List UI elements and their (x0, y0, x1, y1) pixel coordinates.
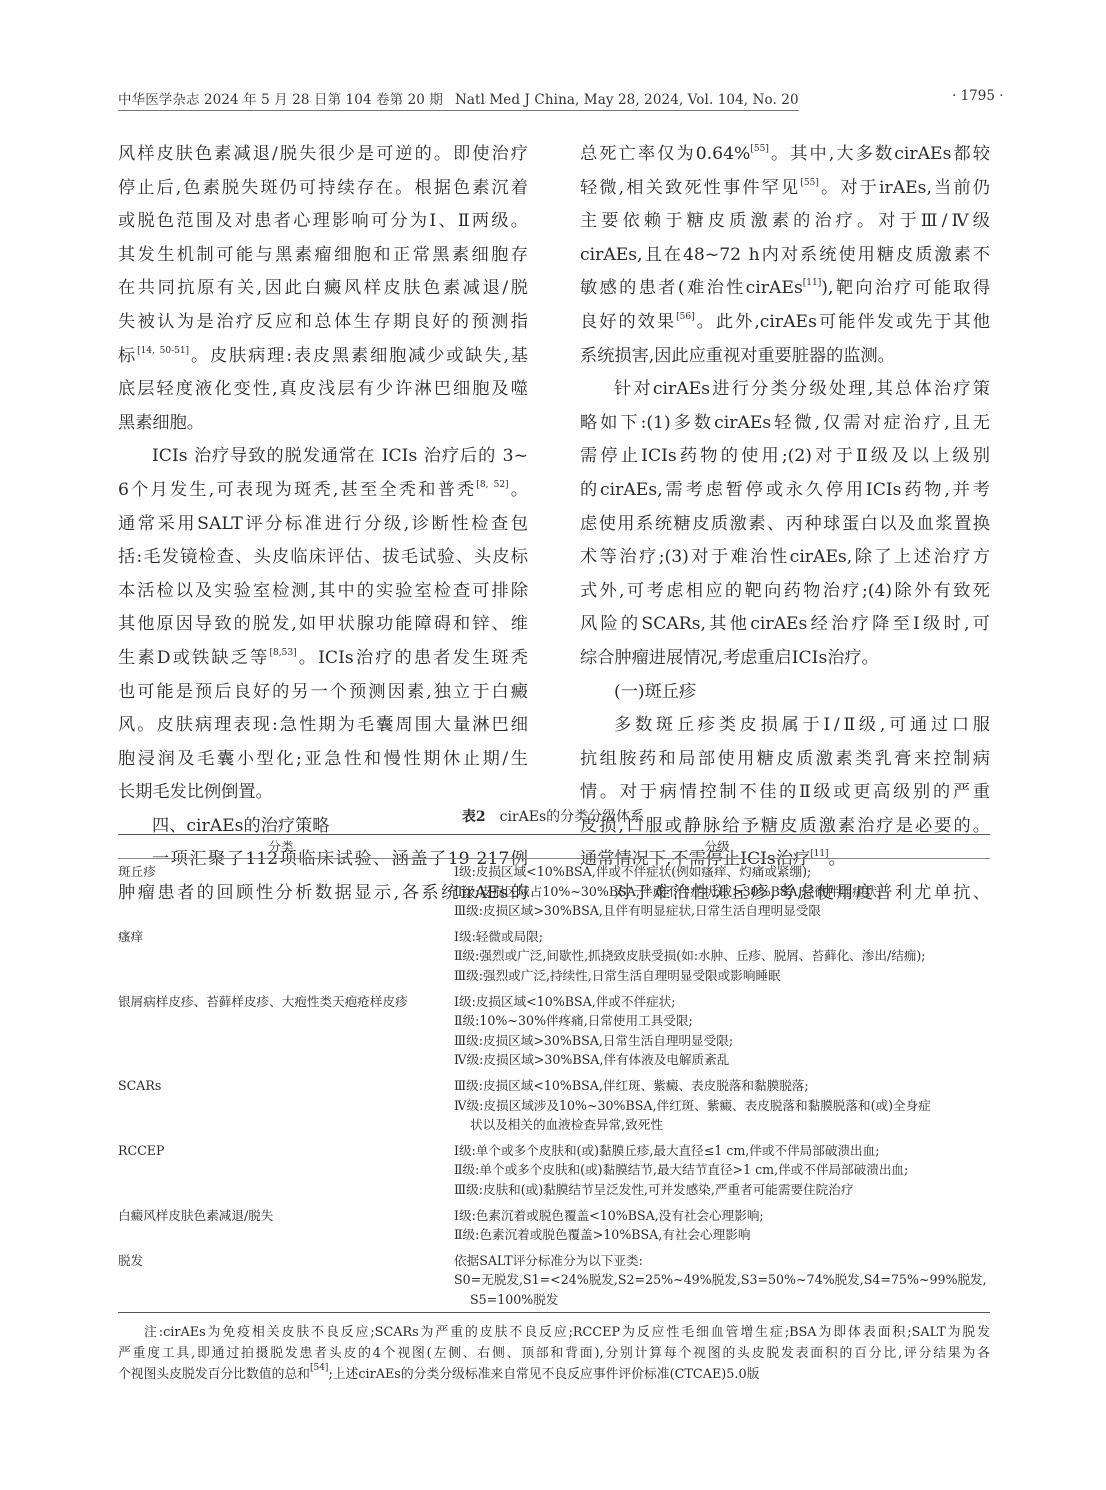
grade-cell: Ⅰ级:轻微或局限;Ⅱ级:强烈或广泛,间歇性,抓挠致皮肤受损(如:水肿、丘疹、脱屑… (454, 927, 990, 986)
grade-line: Ⅱ级:10%~30%伴疼痛,日常使用工具受限; (454, 1011, 990, 1031)
text-run: ICIs 治疗导致的脱发通常在 ICIs 治疗后的 3~ (152, 446, 528, 466)
text-line: 需停止ICIs药物的使用;(2)对于Ⅱ级及以上级别 (580, 440, 990, 474)
text-run: 略如下:(1)多数cirAEs轻微,仅需对症治疗,且无 (580, 413, 990, 433)
text-line: 括:毛发镜检查、头皮临床评估、拔毛试验、头皮标 (118, 541, 528, 575)
text-line: 虑使用系统糖皮质激素、丙种球蛋白以及血浆置换 (580, 508, 990, 542)
grade-line: Ⅲ级:皮损区域>30%BSA,日常生活自理明显受限; (454, 1031, 990, 1051)
text-run: 敏感的患者(难治性cirAEs (580, 278, 803, 298)
citation: [11] (803, 278, 821, 288)
text-line: 个视图头皮脱发百分比数值的总和[54];上述cirAEs的分类分级标准来自常见不… (118, 1364, 990, 1385)
text-line: 风。皮肤病理表现:急性期为毛囊周围大量淋巴细 (118, 709, 528, 743)
text-line: 略如下:(1)多数cirAEs轻微,仅需对症治疗,且无 (580, 407, 990, 441)
grade-line: Ⅰ级:轻微或局限; (454, 927, 990, 947)
text-line: (一)斑丘疹 (580, 676, 990, 710)
text-line: 总死亡率仅为0.64%[55]。其中,大多数cirAEs都较 (580, 138, 990, 172)
text-run: 严重度工具,即通过拍摄脱发患者头皮的4个视图(左侧、右侧、顶部和背面),分别计算… (118, 1346, 990, 1361)
text-line: 的cirAEs,需考虑暂停或永久停用ICIs药物,并考 (580, 474, 990, 508)
text-run: 黑素细胞。 (118, 413, 204, 433)
text-line: 标[14, 50-51]。皮肤病理:表皮黑素细胞减少或缺失,基 (118, 340, 528, 374)
text-run: 系统损害,因此应重视对重要脏器的监测。 (580, 346, 895, 366)
grade-cell: Ⅲ级:皮损区域<10%BSA,伴红斑、紫癜、表皮脱落和黏膜脱落;Ⅳ级:皮损区域涉… (454, 1076, 990, 1135)
table-row: 银屑病样皮疹、苔藓样皮疹、大疱性类天疱疮样皮疹Ⅰ级:皮损区域<10%BSA,伴或… (118, 989, 990, 1073)
table-row: SCARsⅢ级:皮损区域<10%BSA,伴红斑、紫癜、表皮脱落和黏膜脱落;Ⅳ级:… (118, 1073, 990, 1138)
text-line: 良好的效果[56]。此外,cirAEs可能伴发或先于其他 (580, 306, 990, 340)
text-run: 注:cirAEs为免疫相关皮肤不良反应;SCARs为严重的皮肤不良反应;RCCE… (144, 1325, 990, 1340)
text-line: cirAEs,且在48~72 h内对系统使用糖皮质激素不 (580, 239, 990, 273)
grade-line: Ⅰ级:单个或多个皮肤和(或)黏膜丘疹,最大直径≤1 cm,伴或不伴局部破溃出血; (454, 1141, 990, 1161)
text-run: 长期毛发比例倒置。 (118, 782, 273, 802)
text-run: 综合肿瘤进展情况,考虑重启ICIs治疗。 (580, 648, 879, 668)
citation: [8, 52] (476, 480, 508, 490)
column-header-grade: 分级 (444, 835, 990, 858)
text-run: 。皮肤病理:表皮黑素细胞减少或缺失,基 (189, 346, 528, 366)
text-line: 停止后,色素脱失斑仍可持续存在。根据色素沉着 (118, 172, 528, 206)
text-line: 情。对于病情控制不佳的Ⅱ级或更高级别的严重 (580, 776, 990, 810)
text-run: 通常采用SALT评分标准进行分级,诊断性检查包 (118, 514, 528, 534)
grade-line: Ⅲ级:强烈或广泛,持续性,日常生活自理明显受限或影响睡眠 (454, 966, 990, 986)
grade-cell: Ⅰ级:色素沉着或脱色覆盖<10%BSA,没有社会心理影响;Ⅱ级:色素沉着或脱色覆… (454, 1206, 990, 1245)
grade-line: Ⅱ级:强烈或广泛,间歇性,抓挠致皮肤受损(如:水肿、丘疹、脱屑、苔藓化、渗出/结… (454, 946, 990, 966)
text-run: 抗组胺药和局部使用糖皮质激素类乳膏来控制病 (580, 749, 990, 769)
grade-line: Ⅱ级:皮损区域占10%~30%BSA,伴或不伴症状,或>30%BSA,轻微伴随症… (454, 882, 990, 902)
text-run: 术等治疗;(3)对于难治性cirAEs,除了上述治疗方 (580, 547, 990, 567)
table-label: 表2 (462, 809, 486, 825)
text-run: 其发生机制可能与黑素瘤细胞和正常黑素细胞存 (118, 245, 528, 265)
table-caption: 表2cirAEs的分类分级体系 (0, 806, 1106, 826)
text-line: 失被认为是治疗反应和总体生存期良好的预测指 (118, 306, 528, 340)
text-run: 。其中,大多数cirAEs都较 (769, 144, 990, 164)
text-run: 底层轻度液化变性,真皮浅层有少许淋巴细胞及噬 (118, 379, 528, 399)
page-number: · 1795 · (952, 88, 1004, 104)
table-row: 脱发依据SALT评分标准分为以下亚类:S0=无脱发,S1=<24%脱发,S2=2… (118, 1248, 990, 1313)
text-run: 标 (118, 346, 137, 366)
grade-line: Ⅰ级:皮损区域<10%BSA,伴或不伴症状(例如瘙痒、灼痛或紧绷); (454, 862, 990, 882)
text-line: 其他原因导致的脱发,如甲状腺功能障碍和锌、维 (118, 608, 528, 642)
text-line: 针对cirAEs进行分类分级处理,其总体治疗策 (580, 373, 990, 407)
citation: [56] (676, 312, 694, 322)
text-run: cirAEs,且在48~72 h内对系统使用糖皮质激素不 (580, 245, 990, 265)
text-line: 注:cirAEs为免疫相关皮肤不良反应;SCARs为严重的皮肤不良反应;RCCE… (118, 1322, 990, 1343)
right-column: 总死亡率仅为0.64%[55]。其中,大多数cirAEs都较轻微,相关致死性事件… (580, 138, 990, 911)
citation: [8,53] (270, 648, 297, 658)
running-header: 中华医学杂志 2024 年 5 月 28 日第 104 卷第 20 期Natl … (118, 88, 799, 111)
text-line: 主要依赖于糖皮质激素的治疗。对于Ⅲ/Ⅳ级 (580, 205, 990, 239)
journal-cn-title: 中华医学杂志 2024 年 5 月 28 日第 104 卷第 20 期 (118, 92, 443, 108)
column-header-category: 分类 (118, 835, 444, 858)
text-run: 的cirAEs,需考虑暂停或永久停用ICIs药物,并考 (580, 480, 990, 500)
text-run: 失被认为是治疗反应和总体生存期良好的预测指 (118, 312, 528, 332)
text-run: 或脱色范围及对患者心理影响可分为Ⅰ、Ⅱ两级。 (118, 211, 528, 231)
text-run: 本活检以及实验室检测,其中的实验室检查可排除 (118, 581, 528, 601)
text-line: 胞浸润及毛囊小型化;亚急性和慢性期休止期/生 (118, 743, 528, 777)
text-line: 6个月发生,可表现为斑秃,甚至全秃和普秃[8, 52]。 (118, 474, 528, 508)
text-run: 。对于irAEs,当前仍 (819, 178, 990, 198)
grade-line: S0=无脱发,S1=<24%脱发,S2=25%~49%脱发,S3=50%~74%… (454, 1270, 990, 1290)
text-run: 风。皮肤病理表现:急性期为毛囊周围大量淋巴细 (118, 715, 528, 735)
text-run: 生素D或铁缺乏等 (118, 648, 270, 668)
text-run: 总死亡率仅为0.64% (580, 144, 750, 164)
text-run: 其他原因导致的脱发,如甲状腺功能障碍和锌、维 (118, 614, 528, 634)
category-cell: 白癜风样皮肤色素减退/脱失 (118, 1206, 454, 1245)
text-line: 本活检以及实验室检测,其中的实验室检查可排除 (118, 575, 528, 609)
text-line: 严重度工具,即通过拍摄脱发患者头皮的4个视图(左侧、右侧、顶部和背面),分别计算… (118, 1343, 990, 1364)
text-run: 多数斑丘疹类皮损属于Ⅰ/Ⅱ级,可通过口服 (614, 715, 990, 735)
table-bottom-rule (118, 1312, 990, 1313)
text-run: 。ICIs治疗的患者发生斑秃 (297, 648, 528, 668)
text-line: 抗组胺药和局部使用糖皮质激素类乳膏来控制病 (580, 743, 990, 777)
text-run: 虑使用系统糖皮质激素、丙种球蛋白以及血浆置换 (580, 514, 990, 534)
grade-line: Ⅲ级:皮损区域<10%BSA,伴红斑、紫癜、表皮脱落和黏膜脱落; (454, 1076, 990, 1096)
table-row: 斑丘疹Ⅰ级:皮损区域<10%BSA,伴或不伴症状(例如瘙痒、灼痛或紧绷);Ⅱ级:… (118, 859, 990, 924)
text-run: 针对cirAEs进行分类分级处理,其总体治疗策 (614, 379, 990, 399)
grade-cell: 依据SALT评分标准分为以下亚类:S0=无脱发,S1=<24%脱发,S2=25%… (454, 1251, 990, 1310)
citation: [54] (310, 1363, 328, 1373)
text-run: ),靶向治疗可能取得 (821, 278, 990, 298)
text-line: 术等治疗;(3)对于难治性cirAEs,除了上述治疗方 (580, 541, 990, 575)
grade-line: 依据SALT评分标准分为以下亚类: (454, 1251, 990, 1271)
text-run: 。此外,cirAEs可能伴发或先于其他 (695, 312, 990, 332)
text-run: 需停止ICIs药物的使用;(2)对于Ⅱ级及以上级别 (580, 446, 990, 466)
category-cell: 瘙痒 (118, 927, 454, 986)
text-line: 系统损害,因此应重视对重要脏器的监测。 (580, 340, 990, 374)
grade-line: Ⅱ级:色素沉着或脱色覆盖>10%BSA,有社会心理影响 (454, 1225, 990, 1245)
category-cell: 银屑病样皮疹、苔藓样皮疹、大疱性类天疱疮样皮疹 (118, 992, 454, 1070)
text-line: 在共同抗原有关,因此白癜风样皮肤色素减退/脱 (118, 272, 528, 306)
text-line: 也可能是预后良好的另一个预测因素,独立于白癜 (118, 676, 528, 710)
category-cell: SCARs (118, 1076, 454, 1135)
category-cell: 脱发 (118, 1251, 454, 1310)
text-line: 敏感的患者(难治性cirAEs[11]),靶向治疗可能取得 (580, 272, 990, 306)
text-line: 或脱色范围及对患者心理影响可分为Ⅰ、Ⅱ两级。 (118, 205, 528, 239)
text-line: 生素D或铁缺乏等[8,53]。ICIs治疗的患者发生斑秃 (118, 642, 528, 676)
text-run: 在共同抗原有关,因此白癜风样皮肤色素减退/脱 (118, 278, 528, 298)
table-row: RCCEPⅠ级:单个或多个皮肤和(或)黏膜丘疹,最大直径≤1 cm,伴或不伴局部… (118, 1138, 990, 1203)
table-notes: 注:cirAEs为免疫相关皮肤不良反应;SCARs为严重的皮肤不良反应;RCCE… (118, 1322, 990, 1385)
text-line: 多数斑丘疹类皮损属于Ⅰ/Ⅱ级,可通过口服 (580, 709, 990, 743)
citation: [14, 50-51] (137, 346, 189, 356)
table-title: cirAEs的分类分级体系 (500, 809, 645, 825)
text-line: 其发生机制可能与黑素瘤细胞和正常黑素细胞存 (118, 239, 528, 273)
classification-table: 分类 分级 斑丘疹Ⅰ级:皮损区域<10%BSA,伴或不伴症状(例如瘙痒、灼痛或紧… (118, 834, 990, 1313)
text-run: 胞浸润及毛囊小型化;亚急性和慢性期休止期/生 (118, 749, 528, 769)
text-run: 个视图头皮脱发百分比数值的总和 (118, 1367, 310, 1382)
text-run: 式外,可考虑相应的靶向药物治疗;(4)除外有致死 (580, 581, 990, 601)
text-line: 轻微,相关致死性事件罕见[55]。对于irAEs,当前仍 (580, 172, 990, 206)
grade-line: Ⅰ级:皮损区域<10%BSA,伴或不伴症状; (454, 992, 990, 1012)
grade-cell: Ⅰ级:皮损区域<10%BSA,伴或不伴症状;Ⅱ级:10%~30%伴疼痛,日常使用… (454, 992, 990, 1070)
grade-line: Ⅱ级:单个或多个皮肤和(或)黏膜结节,最大结节直径>1 cm,伴或不伴局部破溃出… (454, 1160, 990, 1180)
grade-line: Ⅳ级:皮损区域>30%BSA,伴有体液及电解质紊乱 (454, 1050, 990, 1070)
grade-line: Ⅰ级:色素沉着或脱色覆盖<10%BSA,没有社会心理影响; (454, 1206, 990, 1226)
text-run: (一)斑丘疹 (614, 682, 696, 702)
grade-cell: Ⅰ级:皮损区域<10%BSA,伴或不伴症状(例如瘙痒、灼痛或紧绷);Ⅱ级:皮损区… (454, 862, 990, 921)
text-run: 。 (509, 480, 528, 500)
grade-line: 状以及相关的血液检查异常,致死性 (454, 1115, 990, 1135)
category-cell: 斑丘疹 (118, 862, 454, 921)
text-run: 情。对于病情控制不佳的Ⅱ级或更高级别的严重 (580, 782, 990, 802)
text-run: 停止后,色素脱失斑仍可持续存在。根据色素沉着 (118, 178, 528, 198)
table-header: 分类 分级 (118, 835, 990, 859)
text-line: 风险的SCARs,其他cirAEs经治疗降至Ⅰ级时,可 (580, 608, 990, 642)
text-run: 6个月发生,可表现为斑秃,甚至全秃和普秃 (118, 480, 476, 500)
text-run: 括:毛发镜检查、头皮临床评估、拔毛试验、头皮标 (118, 547, 528, 567)
text-run: 风样皮肤色素减退/脱失很少是可逆的。即使治疗 (118, 144, 528, 164)
grade-line: S5=100%脱发 (454, 1290, 990, 1310)
grade-line: Ⅲ级:皮损区域>30%BSA,且伴有明显症状,日常生活自理明显受限 (454, 901, 990, 921)
text-run: 主要依赖于糖皮质激素的治疗。对于Ⅲ/Ⅳ级 (580, 211, 990, 231)
text-line: 黑素细胞。 (118, 407, 528, 441)
grade-line: Ⅳ级:皮损区域涉及10%~30%BSA,伴红斑、紫癜、表皮脱落和黏膜脱落和(或)… (454, 1096, 990, 1116)
text-line: 综合肿瘤进展情况,考虑重启ICIs治疗。 (580, 642, 990, 676)
category-cell: RCCEP (118, 1141, 454, 1200)
journal-en-title: Natl Med J China, May 28, 2024, Vol. 104… (455, 92, 799, 108)
text-run: 也可能是预后良好的另一个预测因素,独立于白癜 (118, 682, 528, 702)
left-column: 风样皮肤色素减退/脱失很少是可逆的。即使治疗停止后,色素脱失斑仍可持续存在。根据… (118, 138, 528, 911)
text-run: ;上述cirAEs的分类分级标准来自常见不良反应事件评价标准(CTCAE)5.0… (328, 1367, 759, 1382)
table-row: 瘙痒Ⅰ级:轻微或局限;Ⅱ级:强烈或广泛,间歇性,抓挠致皮肤受损(如:水肿、丘疹、… (118, 924, 990, 989)
citation: [55] (750, 144, 768, 154)
text-line: 底层轻度液化变性,真皮浅层有少许淋巴细胞及噬 (118, 373, 528, 407)
text-line: 通常采用SALT评分标准进行分级,诊断性检查包 (118, 508, 528, 542)
grade-cell: Ⅰ级:单个或多个皮肤和(或)黏膜丘疹,最大直径≤1 cm,伴或不伴局部破溃出血;… (454, 1141, 990, 1200)
text-run: 风险的SCARs,其他cirAEs经治疗降至Ⅰ级时,可 (580, 614, 990, 634)
text-run: 轻微,相关致死性事件罕见 (580, 178, 800, 198)
text-line: ICIs 治疗导致的脱发通常在 ICIs 治疗后的 3~ (118, 440, 528, 474)
text-line: 风样皮肤色素减退/脱失很少是可逆的。即使治疗 (118, 138, 528, 172)
table-row: 白癜风样皮肤色素减退/脱失Ⅰ级:色素沉着或脱色覆盖<10%BSA,没有社会心理影… (118, 1203, 990, 1248)
text-run: 良好的效果 (580, 312, 676, 332)
table-body: 斑丘疹Ⅰ级:皮损区域<10%BSA,伴或不伴症状(例如瘙痒、灼痛或紧绷);Ⅱ级:… (118, 859, 990, 1312)
grade-line: Ⅲ级:皮肤和(或)黏膜结节呈泛发性,可并发感染,严重者可能需要住院治疗 (454, 1180, 990, 1200)
text-line: 式外,可考虑相应的靶向药物治疗;(4)除外有致死 (580, 575, 990, 609)
citation: [55] (800, 178, 818, 188)
text-line: 长期毛发比例倒置。 (118, 776, 528, 810)
